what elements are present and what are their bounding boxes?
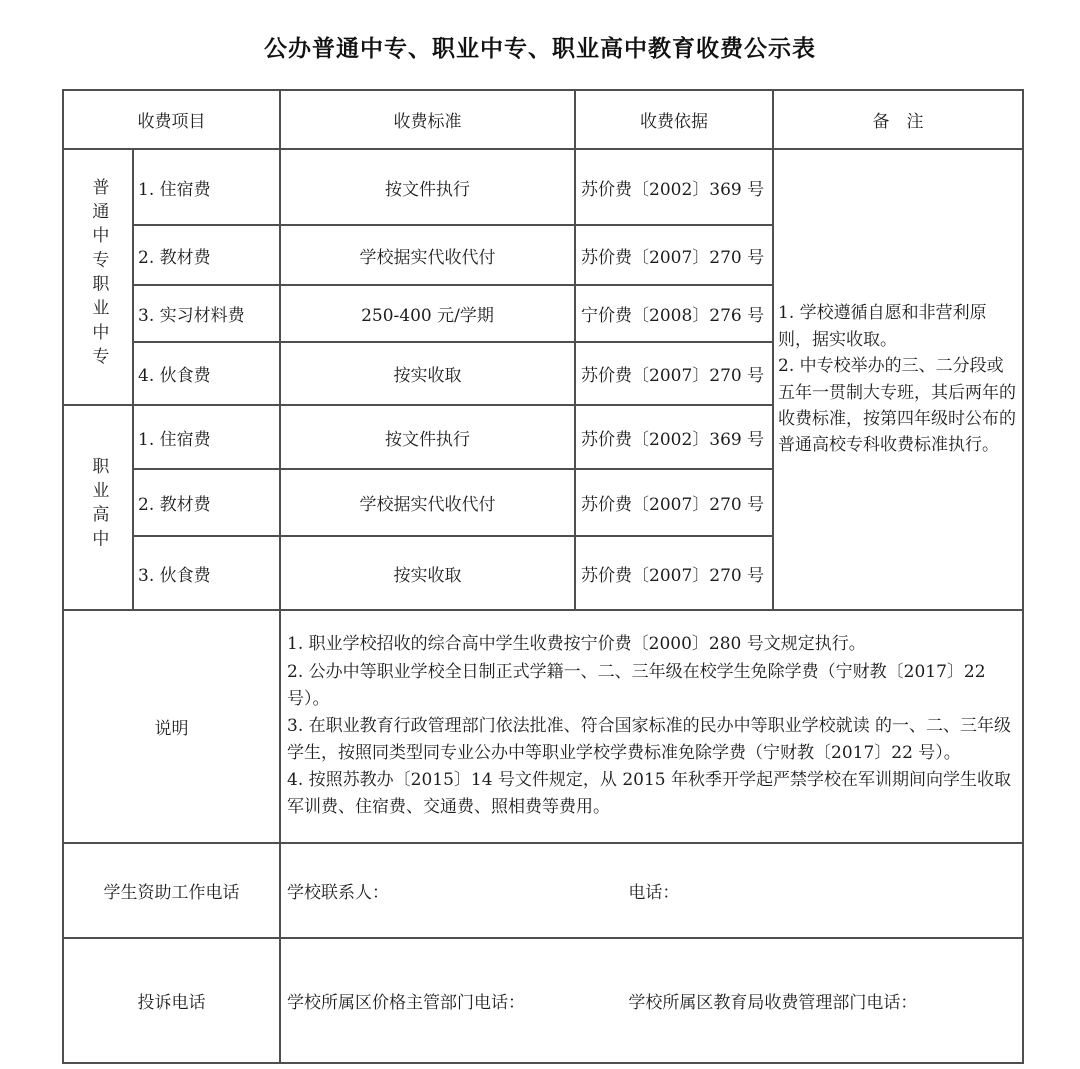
group-label-zhongzhuan: 普通中专职业中专 (63, 149, 133, 405)
group-label-text: 职业高中 (89, 457, 108, 554)
complaint-phone-label: 投诉电话 (63, 938, 280, 1063)
header-fee-basis: 收费依据 (575, 90, 773, 149)
header-fee-standard: 收费标准 (280, 90, 575, 149)
note-line: 2. 公办中等职业学校全日制正式学籍一、二、三年级在校学生免除学费（宁财教〔20… (287, 659, 1014, 713)
fee-standard: 按实收取 (280, 536, 575, 610)
fee-publicity-document: 公办普通中专、职业中专、职业高中教育收费公示表 收费项目 收费标准 收费依据 备… (0, 0, 1080, 1069)
header-fee-item: 收费项目 (63, 90, 280, 149)
fee-item: 2. 教材费 (133, 225, 280, 285)
remark-cell: 1. 学校遵循自愿和非营利原则，据实收取。 2. 中专校举办的三、二分段或五年一… (773, 149, 1023, 610)
note-line: 3. 在职业教育行政管理部门依法批准、符合国家标准的民办中等职业学校就读 的一、… (287, 713, 1014, 767)
phone-label: 电话： (628, 878, 679, 903)
header-remark: 备 注 (773, 90, 1023, 149)
fee-basis: 苏价费〔2007〕270 号 (575, 469, 773, 536)
header-row: 收费项目 收费标准 收费依据 备 注 (63, 90, 1023, 149)
remark-line: 2. 中专校举办的三、二分段或五年一贯制大专班，其后两年的收费标准，按第四年级时… (778, 353, 1018, 458)
fee-item: 3. 实习材料费 (133, 285, 280, 342)
page-title: 公办普通中专、职业中专、职业高中教育收费公示表 (0, 30, 1080, 63)
fee-basis: 宁价费〔2008〕276 号 (575, 285, 773, 342)
fee-basis: 苏价费〔2007〕270 号 (575, 225, 773, 285)
price-dept-phone-label: 学校所属区价格主管部门电话： (287, 988, 623, 1013)
fee-standard: 按文件执行 (280, 149, 575, 225)
fee-table: 收费项目 收费标准 收费依据 备 注 普通中专职业中专 1. 住宿费 按文件执行… (62, 89, 1024, 1064)
complaint-phone-content: 学校所属区价格主管部门电话： 学校所属区教育局收费管理部门电话： (280, 938, 1023, 1063)
fee-item: 2. 教材费 (133, 469, 280, 536)
fee-standard: 学校据实代收代付 (280, 225, 575, 285)
fee-basis: 苏价费〔2007〕270 号 (575, 536, 773, 610)
remark-line: 1. 学校遵循自愿和非营利原则，据实收取。 (778, 300, 1018, 353)
notes-content: 1. 职业学校招收的综合高中学生收费按宁价费〔2000〕280 号文规定执行。 … (280, 610, 1023, 843)
aid-phone-row: 学生资助工作电话 学校联系人： 电话： (63, 843, 1023, 938)
aid-phone-content: 学校联系人： 电话： (280, 843, 1023, 938)
fee-basis: 苏价费〔2002〕369 号 (575, 149, 773, 225)
fee-item: 4. 伙食费 (133, 342, 280, 405)
aid-phone-label: 学生资助工作电话 (63, 843, 280, 938)
fee-standard: 按实收取 (280, 342, 575, 405)
fee-item: 1. 住宿费 (133, 405, 280, 469)
fee-basis: 苏价费〔2002〕369 号 (575, 405, 773, 469)
note-line: 4. 按照苏教办〔2015〕14 号文件规定，从 2015 年秋季开学起严禁学校… (287, 767, 1014, 821)
notes-row: 说明 1. 职业学校招收的综合高中学生收费按宁价费〔2000〕280 号文规定执… (63, 610, 1023, 843)
fee-standard: 250-400 元/学期 (280, 285, 575, 342)
table-row: 普通中专职业中专 1. 住宿费 按文件执行 苏价费〔2002〕369 号 1. … (63, 149, 1023, 225)
fee-standard: 学校据实代收代付 (280, 469, 575, 536)
fee-basis: 苏价费〔2007〕270 号 (575, 342, 773, 405)
group-label-zhiye-gaozhong: 职业高中 (63, 405, 133, 610)
edu-dept-phone-label: 学校所属区教育局收费管理部门电话： (628, 988, 917, 1013)
group-label-text: 普通中专职业中专 (89, 178, 108, 371)
school-contact-label: 学校联系人： (287, 878, 623, 903)
note-line: 1. 职业学校招收的综合高中学生收费按宁价费〔2000〕280 号文规定执行。 (287, 631, 1014, 658)
fee-standard: 按文件执行 (280, 405, 575, 469)
notes-label: 说明 (63, 610, 280, 843)
complaint-phone-row: 投诉电话 学校所属区价格主管部门电话： 学校所属区教育局收费管理部门电话： (63, 938, 1023, 1063)
fee-item: 1. 住宿费 (133, 149, 280, 225)
fee-item: 3. 伙食费 (133, 536, 280, 610)
